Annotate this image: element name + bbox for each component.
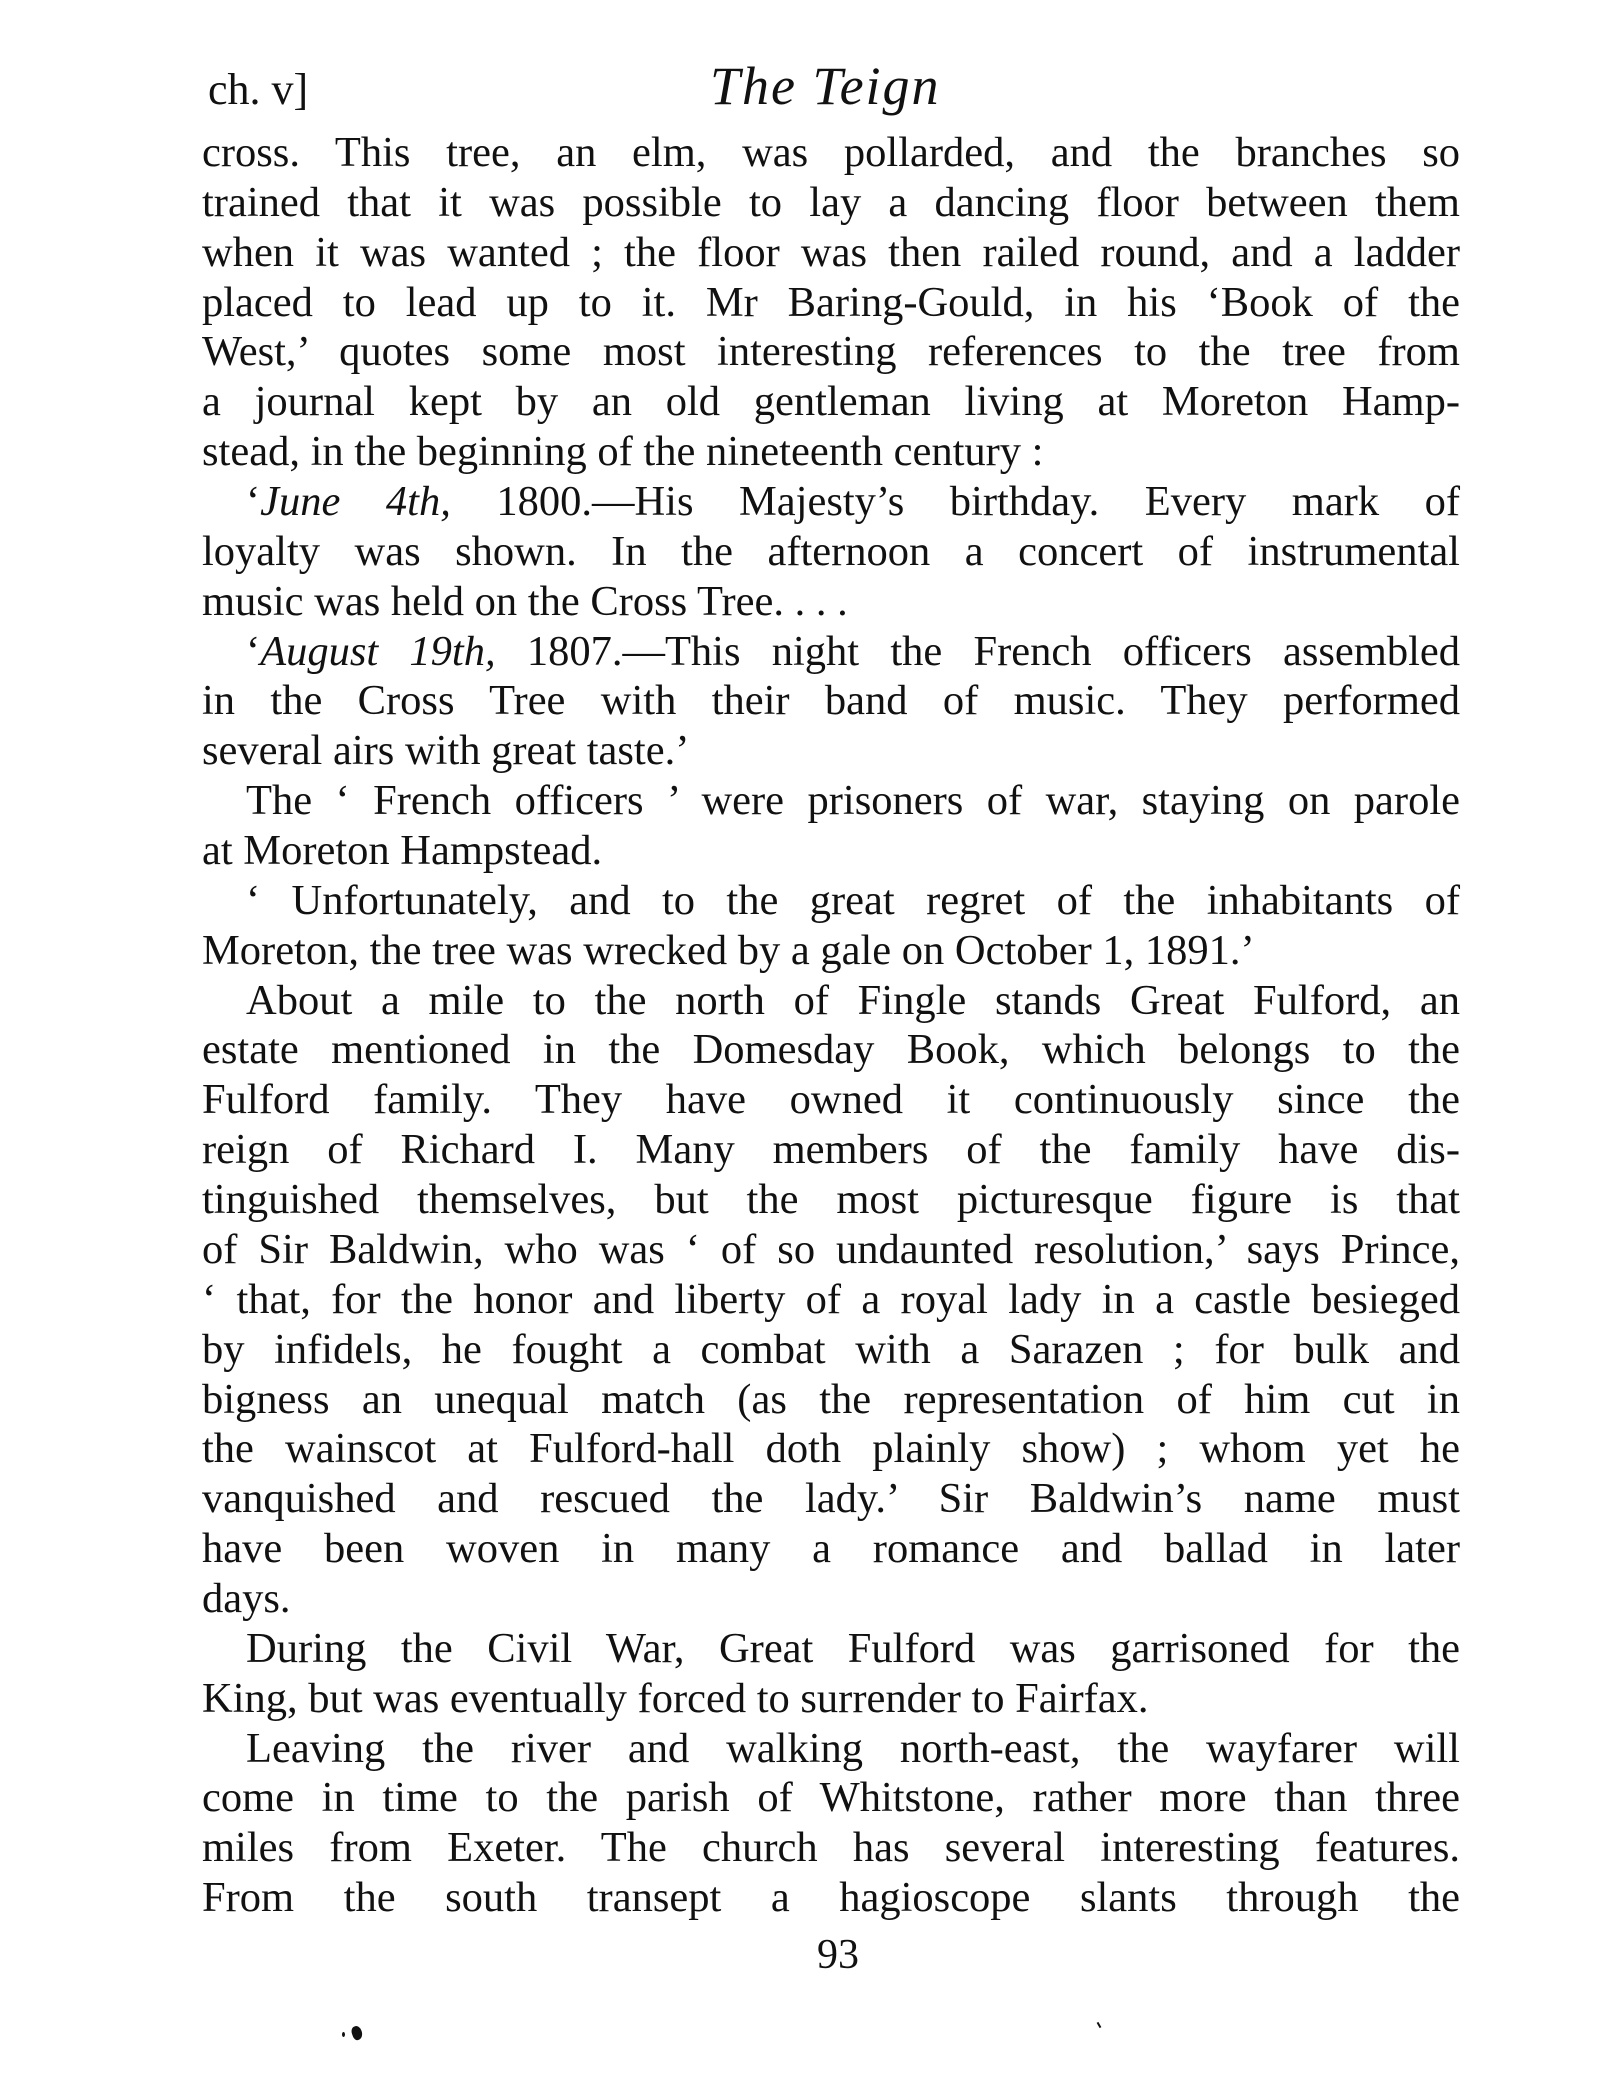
text-line: days. bbox=[202, 1574, 1460, 1624]
text-line: During the Civil War, Great Fulford was … bbox=[202, 1624, 1460, 1674]
text-line: tinguished themselves, but the most pict… bbox=[202, 1175, 1460, 1225]
line-text: loyalty was shown. In the afternoon a co… bbox=[202, 528, 1460, 575]
line-text: King, but was eventually forced to surre… bbox=[202, 1675, 1149, 1722]
line-text: days. bbox=[202, 1575, 291, 1622]
chapter-reference: ch. v] bbox=[208, 60, 308, 120]
line-text: come in time to the parish of Whitstone,… bbox=[202, 1774, 1460, 1821]
text-line: Leaving the river and walking north-east… bbox=[202, 1724, 1460, 1774]
book-page: ch. v] The Teign cross. This tree, an el… bbox=[0, 0, 1615, 2083]
text-line: ‘ Unfortunately, and to the great regret… bbox=[202, 876, 1460, 926]
text-line: vanquished and rescued the lady.’ Sir Ba… bbox=[202, 1474, 1460, 1524]
line-text: From the south transept a hagioscope sla… bbox=[202, 1874, 1460, 1921]
text-line: About a mile to the north of Fingle stan… bbox=[202, 976, 1460, 1026]
text-line: loyalty was shown. In the afternoon a co… bbox=[202, 527, 1460, 577]
text-line: stead, in the beginning of the nineteent… bbox=[202, 427, 1460, 477]
line-text: tinguished themselves, but the most pict… bbox=[202, 1176, 1460, 1223]
line-text: at Moreton Hampstead. bbox=[202, 827, 602, 874]
text-line: by infidels, he fought a combat with a S… bbox=[202, 1325, 1460, 1375]
line-text: During the Civil War, Great Fulford was … bbox=[246, 1625, 1460, 1672]
text-line: trained that it was possible to lay a da… bbox=[202, 178, 1460, 228]
line-text: 1807.—This night the French officers ass… bbox=[496, 628, 1460, 675]
italic-date: June 4th, bbox=[260, 478, 451, 525]
text-line: estate mentioned in the Domesday Book, w… bbox=[202, 1025, 1460, 1075]
text-line: have been woven in many a romance and ba… bbox=[202, 1524, 1460, 1574]
line-text: when it was wanted ; the floor was then … bbox=[202, 229, 1460, 276]
text-line: when it was wanted ; the floor was then … bbox=[202, 228, 1460, 278]
open-quote: ‘ bbox=[246, 478, 260, 525]
line-text: The ‘ French officers ’ were prisoners o… bbox=[246, 777, 1460, 824]
text-line: reign of Richard I. Many members of the … bbox=[202, 1125, 1460, 1175]
line-text: music was held on the Cross Tree. . . . bbox=[202, 578, 848, 625]
line-text: the wainscot at Fulford-hall doth plainl… bbox=[202, 1425, 1460, 1472]
text-line: several airs with great taste.’ bbox=[202, 726, 1460, 776]
line-text: Moreton, the tree was wrecked by a gale … bbox=[202, 927, 1255, 974]
text-line: a journal kept by an old gentleman livin… bbox=[202, 377, 1460, 427]
line-text: stead, in the beginning of the nineteent… bbox=[202, 428, 1044, 475]
text-line: at Moreton Hampstead. bbox=[202, 826, 1460, 876]
line-text: About a mile to the north of Fingle stan… bbox=[246, 977, 1460, 1024]
text-line: King, but was eventually forced to surre… bbox=[202, 1674, 1460, 1724]
text-line: of Sir Baldwin, who was ‘ of so undaunte… bbox=[202, 1225, 1460, 1275]
open-quote: ‘ bbox=[246, 628, 260, 675]
line-text: bigness an unequal match (as the represe… bbox=[202, 1376, 1460, 1423]
line-text: reign of Richard I. Many members of the … bbox=[202, 1126, 1460, 1173]
line-text: estate mentioned in the Domesday Book, w… bbox=[202, 1026, 1460, 1073]
line-text: ‘ that, for the honor and liberty of a r… bbox=[202, 1276, 1460, 1323]
line-text: Leaving the river and walking north-east… bbox=[246, 1725, 1460, 1772]
text-line: ‘August 19th, 1807.—This night the Frenc… bbox=[202, 627, 1460, 677]
italic-date: August 19th, bbox=[260, 628, 495, 675]
line-text: ‘ Unfortunately, and to the great regret… bbox=[246, 877, 1460, 924]
scan-speck bbox=[350, 2025, 364, 2042]
line-text: of Sir Baldwin, who was ‘ of so undaunte… bbox=[202, 1226, 1460, 1273]
page-number: 93 bbox=[808, 1930, 868, 1980]
line-text: by infidels, he fought a combat with a S… bbox=[202, 1326, 1460, 1373]
text-line: Moreton, the tree was wrecked by a gale … bbox=[202, 926, 1460, 976]
text-line: ‘ that, for the honor and liberty of a r… bbox=[202, 1275, 1460, 1325]
text-line: in the Cross Tree with their band of mus… bbox=[202, 676, 1460, 726]
line-text: West,’ quotes some most interesting refe… bbox=[202, 328, 1460, 375]
line-text: several airs with great taste.’ bbox=[202, 727, 689, 774]
scan-speck bbox=[342, 2032, 345, 2037]
scan-speck bbox=[1097, 2022, 1102, 2028]
text-line: West,’ quotes some most interesting refe… bbox=[202, 327, 1460, 377]
text-line: cross. This tree, an elm, was pollarded,… bbox=[202, 128, 1460, 178]
line-text: miles from Exeter. The church has severa… bbox=[202, 1824, 1460, 1871]
text-line: ‘June 4th, 1800.—His Majesty’s birthday.… bbox=[202, 477, 1460, 527]
line-text: 1800.—His Majesty’s birthday. Every mark… bbox=[451, 478, 1460, 525]
line-text: a journal kept by an old gentleman livin… bbox=[202, 378, 1460, 425]
text-line: the wainscot at Fulford-hall doth plainl… bbox=[202, 1424, 1460, 1474]
text-line: come in time to the parish of Whitstone,… bbox=[202, 1773, 1460, 1823]
line-text: Fulford family. They have owned it conti… bbox=[202, 1076, 1460, 1123]
running-title: The Teign bbox=[710, 54, 941, 118]
line-text: placed to lead up to it. Mr Baring-Gould… bbox=[202, 279, 1460, 326]
text-line: From the south transept a hagioscope sla… bbox=[202, 1873, 1460, 1923]
line-text: in the Cross Tree with their band of mus… bbox=[202, 677, 1460, 724]
running-head: ch. v] The Teign bbox=[205, 52, 1460, 122]
text-line: The ‘ French officers ’ were prisoners o… bbox=[202, 776, 1460, 826]
text-line: music was held on the Cross Tree. . . . bbox=[202, 577, 1460, 627]
line-text: trained that it was possible to lay a da… bbox=[202, 179, 1460, 226]
text-line: miles from Exeter. The church has severa… bbox=[202, 1823, 1460, 1873]
text-line: bigness an unequal match (as the represe… bbox=[202, 1375, 1460, 1425]
text-line: placed to lead up to it. Mr Baring-Gould… bbox=[202, 278, 1460, 328]
text-line: Fulford family. They have owned it conti… bbox=[202, 1075, 1460, 1125]
line-text: vanquished and rescued the lady.’ Sir Ba… bbox=[202, 1475, 1460, 1522]
line-text: cross. This tree, an elm, was pollarded,… bbox=[202, 129, 1460, 176]
line-text: have been woven in many a romance and ba… bbox=[202, 1525, 1460, 1572]
